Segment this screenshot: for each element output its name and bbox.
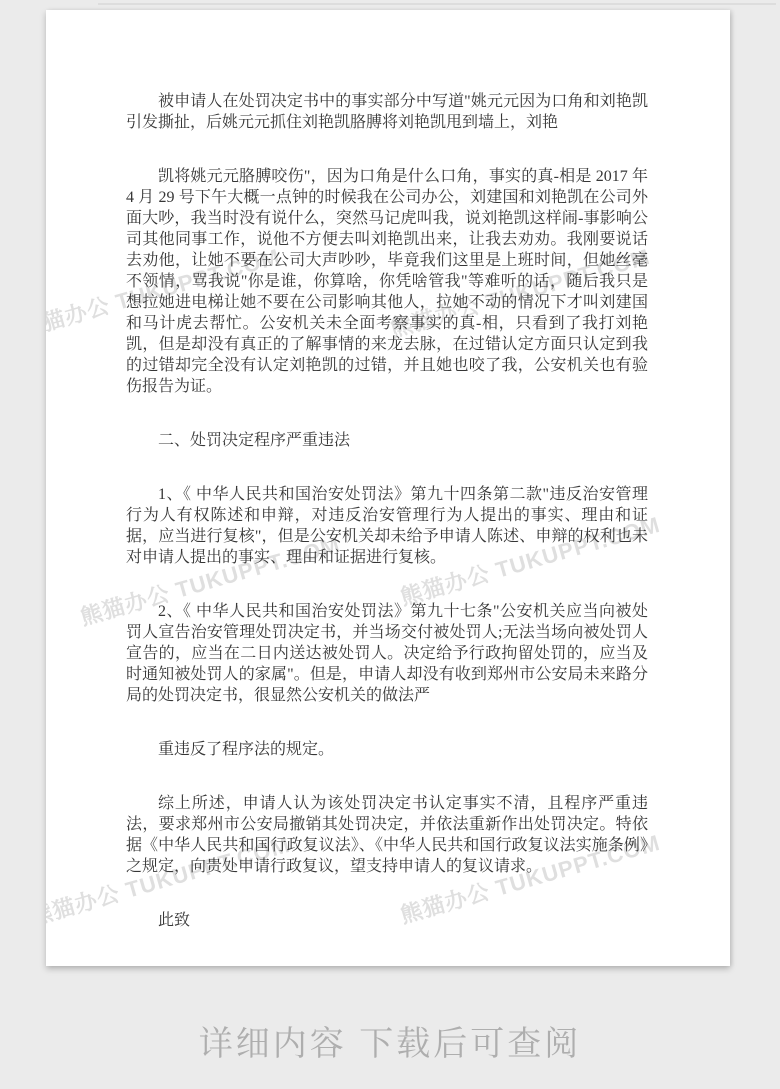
paragraph-conclusion: 综上所述，申请人认为该处罚决定书认定事实不清，且程序严重违法，要求郑州市公安局撤… [126,793,648,877]
paragraph-facts-1: 被申请人在处罚决定书中的事实部分中写道"姚元元因为口角和刘艳凯引发撕扯，后姚元元… [126,91,648,133]
previous-page-edge [98,3,776,5]
footer-notice: 详细内容 下载后可查阅 [0,1016,780,1065]
document-content: 被申请人在处罚决定书中的事实部分中写道"姚元元因为口角和刘艳凯引发撕扯，后姚元元… [126,91,648,931]
document-page: 熊猫办公 TUKUPPT.COM熊猫办公 TUKUPPT.COM熊猫办公 TUK… [46,10,730,966]
paragraph-salutation: 此致 [126,910,648,931]
paragraph-facts-2: 凯将姚元元胳膊咬伤"，因为口角是什么口角，事实的真-相是 2017 年 4 月 … [126,166,648,397]
paragraph-law-item-1: 1、《 中华人民共和国治安处罚法》第九十四条第二款"违反治安管理行为人有权陈述和… [126,484,648,568]
paragraph-law-item-2b: 重违反了程序法的规定。 [126,739,648,760]
section-heading: 二、处罚决定程序严重违法 [126,430,648,451]
paragraph-law-item-2: 2、《 中华人民共和国治安处罚法》第九十七条"公安机关应当向被处罚人宣告治安管理… [126,601,648,706]
